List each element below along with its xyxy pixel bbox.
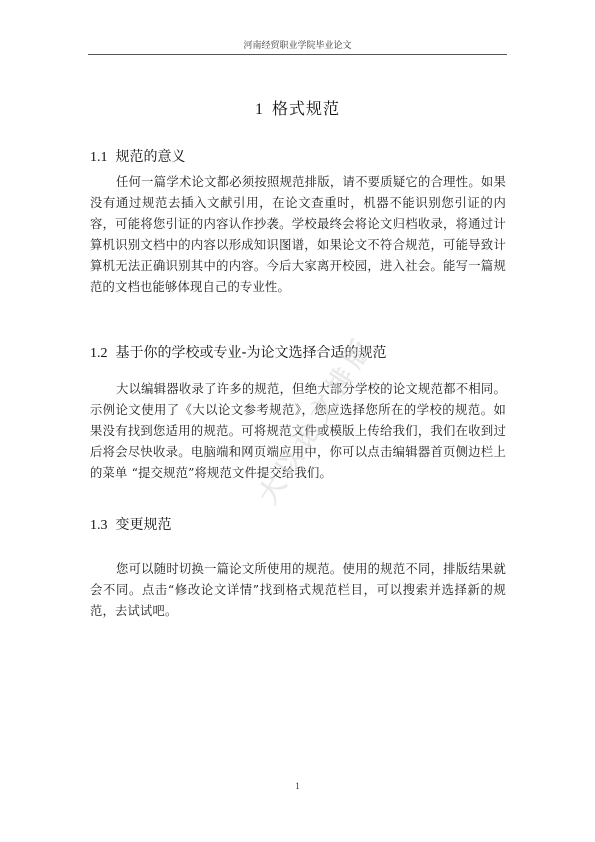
section-number: 1.1	[90, 150, 108, 165]
section-heading-1-3: 1.3变更规范	[90, 516, 172, 535]
section-paragraph-1-2: 大以编辑器收录了许多的规范，但绝大部分学校的论文规范都不相同。示例论文使用了《大…	[90, 379, 506, 484]
section-number: 1.2	[90, 346, 108, 361]
section-heading-1-2: 1.2基于你的学校或专业-为论文选择合适的规范	[90, 344, 387, 363]
section-paragraph-1-3: 您可以随时切换一篇论文所使用的规范。使用的规范不同，排版结果就会不同。点击“修改…	[90, 559, 506, 622]
section-number: 1.3	[90, 518, 108, 533]
section-paragraph-1-1: 任何一篇学术论文都必须按照规范排版，请不要质疑它的合理性。如果没有通过规范去插入…	[90, 172, 506, 298]
section-title: 基于你的学校或专业-为论文选择合适的规范	[116, 345, 387, 361]
section-title: 变更规范	[116, 517, 172, 533]
header-divider	[88, 54, 507, 55]
section-heading-1-1: 1.1规范的意义	[90, 148, 186, 167]
chapter-title-text: 格式规范	[272, 99, 340, 118]
page-header: 河南经贸职业学院毕业论文	[88, 40, 507, 52]
chapter-title: 1格式规范	[0, 99, 595, 120]
section-title: 规范的意义	[116, 149, 186, 165]
chapter-number: 1	[255, 101, 264, 118]
page-number: 1	[0, 780, 595, 792]
